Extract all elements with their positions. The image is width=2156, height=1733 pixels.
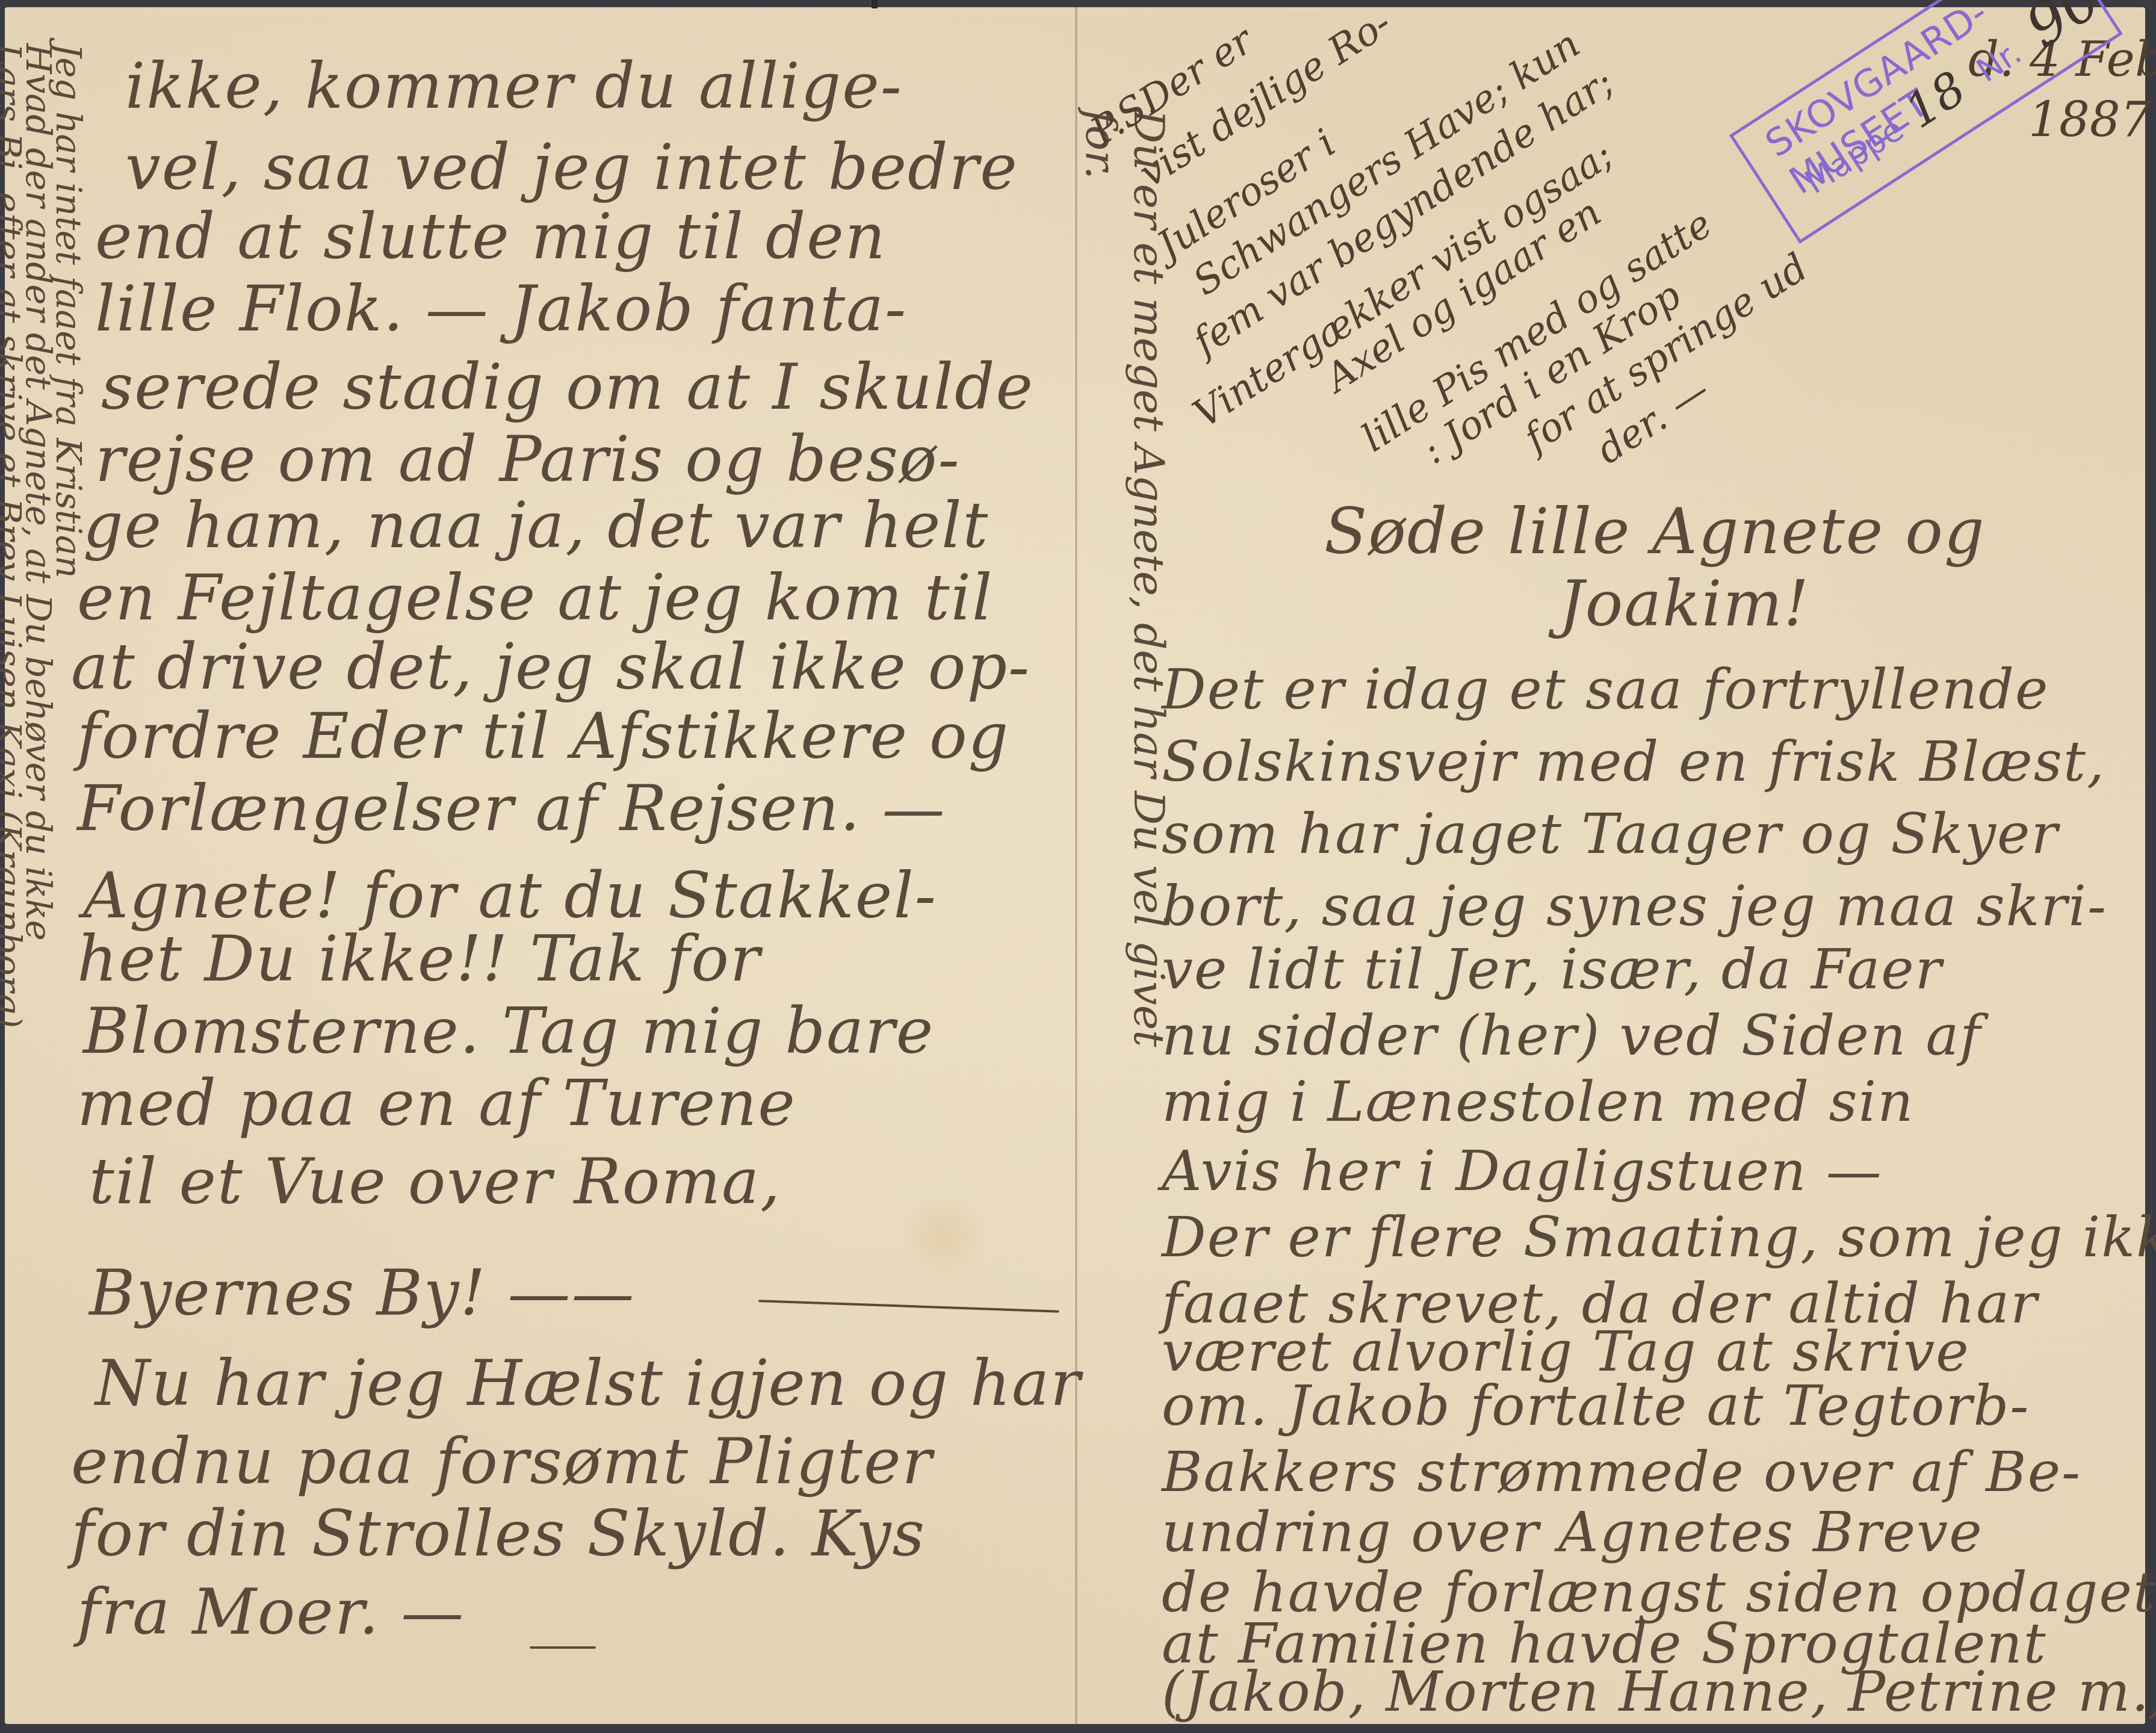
left-line-16: til et Vue over Roma, [89,1145,781,1218]
right-line-2: Solskinsvejr med en frisk Blæst, [1162,730,2105,794]
right-line-17: (Jakob, Morten Hanne, Petrine m.) [1162,1660,2156,1724]
letter-date-line-2: 1887 [2028,91,2151,147]
right-line-4: bort, saa jeg synes jeg maa skri- [1162,874,2107,938]
left-line-1: ikke, kommer du allige- [125,49,903,123]
left-line-5: serede stadig om at I skulde [101,350,1034,424]
pen-flourish [530,1646,596,1649]
salutation-line-1: Søde lille Agnete og [1324,495,1985,568]
left-line-9: at drive det, jeg skal ikke op- [71,630,1030,704]
left-line-10: fordre Eder til Afstikkere og [77,699,1009,773]
left-line-3: end at slutte mig til den [95,200,887,273]
salutation-line-2: Joakim! [1559,567,1810,640]
right-line-12: om. Jakob fortalte at Tegtorb- [1162,1374,2030,1438]
left-line-11: Forlængelser af Rejsen. — [77,772,946,845]
right-line-9: Der er flere Smaating, som jeg ikke har [1162,1205,2156,1270]
left-line-14: Blomsterne. Tag mig bare [83,994,934,1068]
left-line-2: vel, saa ved jeg intet bedre [125,131,1018,204]
left-page: Jeg har intet faaet fra Kristian Hvad de… [5,7,1075,1724]
left-line-4: lille Flok. — Jakob fanta- [95,272,907,346]
right-line-1: Det er idag et saa fortryllende [1162,657,2049,722]
right-line-5: ve lidt til Jer, især, da Faer [1162,937,1943,1002]
right-line-14: undring over Agnetes Breve [1162,1500,1983,1564]
right-line-3: som har jaget Taager og Skyer [1162,802,2059,866]
left-line-19: endnu paa forsømt Pligter [71,1425,933,1498]
left-line-13: het Du ikke!! Tak for [77,922,761,996]
left-line-15: med paa en af Turene [77,1067,796,1140]
left-line-20: for din Strolles Skyld. Kys [71,1497,926,1570]
left-line-8: en Fejltagelse at jeg kom til [77,561,993,634]
left-line-21: fra Moer. — [77,1575,465,1649]
left-line-17: Byernes By! —— [89,1256,635,1330]
left-margin-note-3: Lars Bi. efter at skrive et Brev Luisen … [0,43,29,1028]
right-line-8: Avis her i Dagligstuen — [1162,1139,1883,1203]
left-line-18: Nu har jeg Hælst igjen og har [95,1347,1082,1420]
right-page: Du er et meget Agnete, det har Du vel gi… [1077,7,2145,1724]
left-line-7: ge ham, naa ja, det var helt [83,489,989,562]
right-line-6: nu sidder (her) ved Siden af [1162,1003,1981,1068]
right-line-7: mig i Lænestolen med sin [1162,1070,1914,1134]
right-line-13: Bakkers strømmede over af Be- [1162,1440,2081,1504]
left-line-6: rejse om ad Paris og besø- [95,423,961,496]
left-line-12: Agnete! for at du Stakkel- [83,859,937,932]
